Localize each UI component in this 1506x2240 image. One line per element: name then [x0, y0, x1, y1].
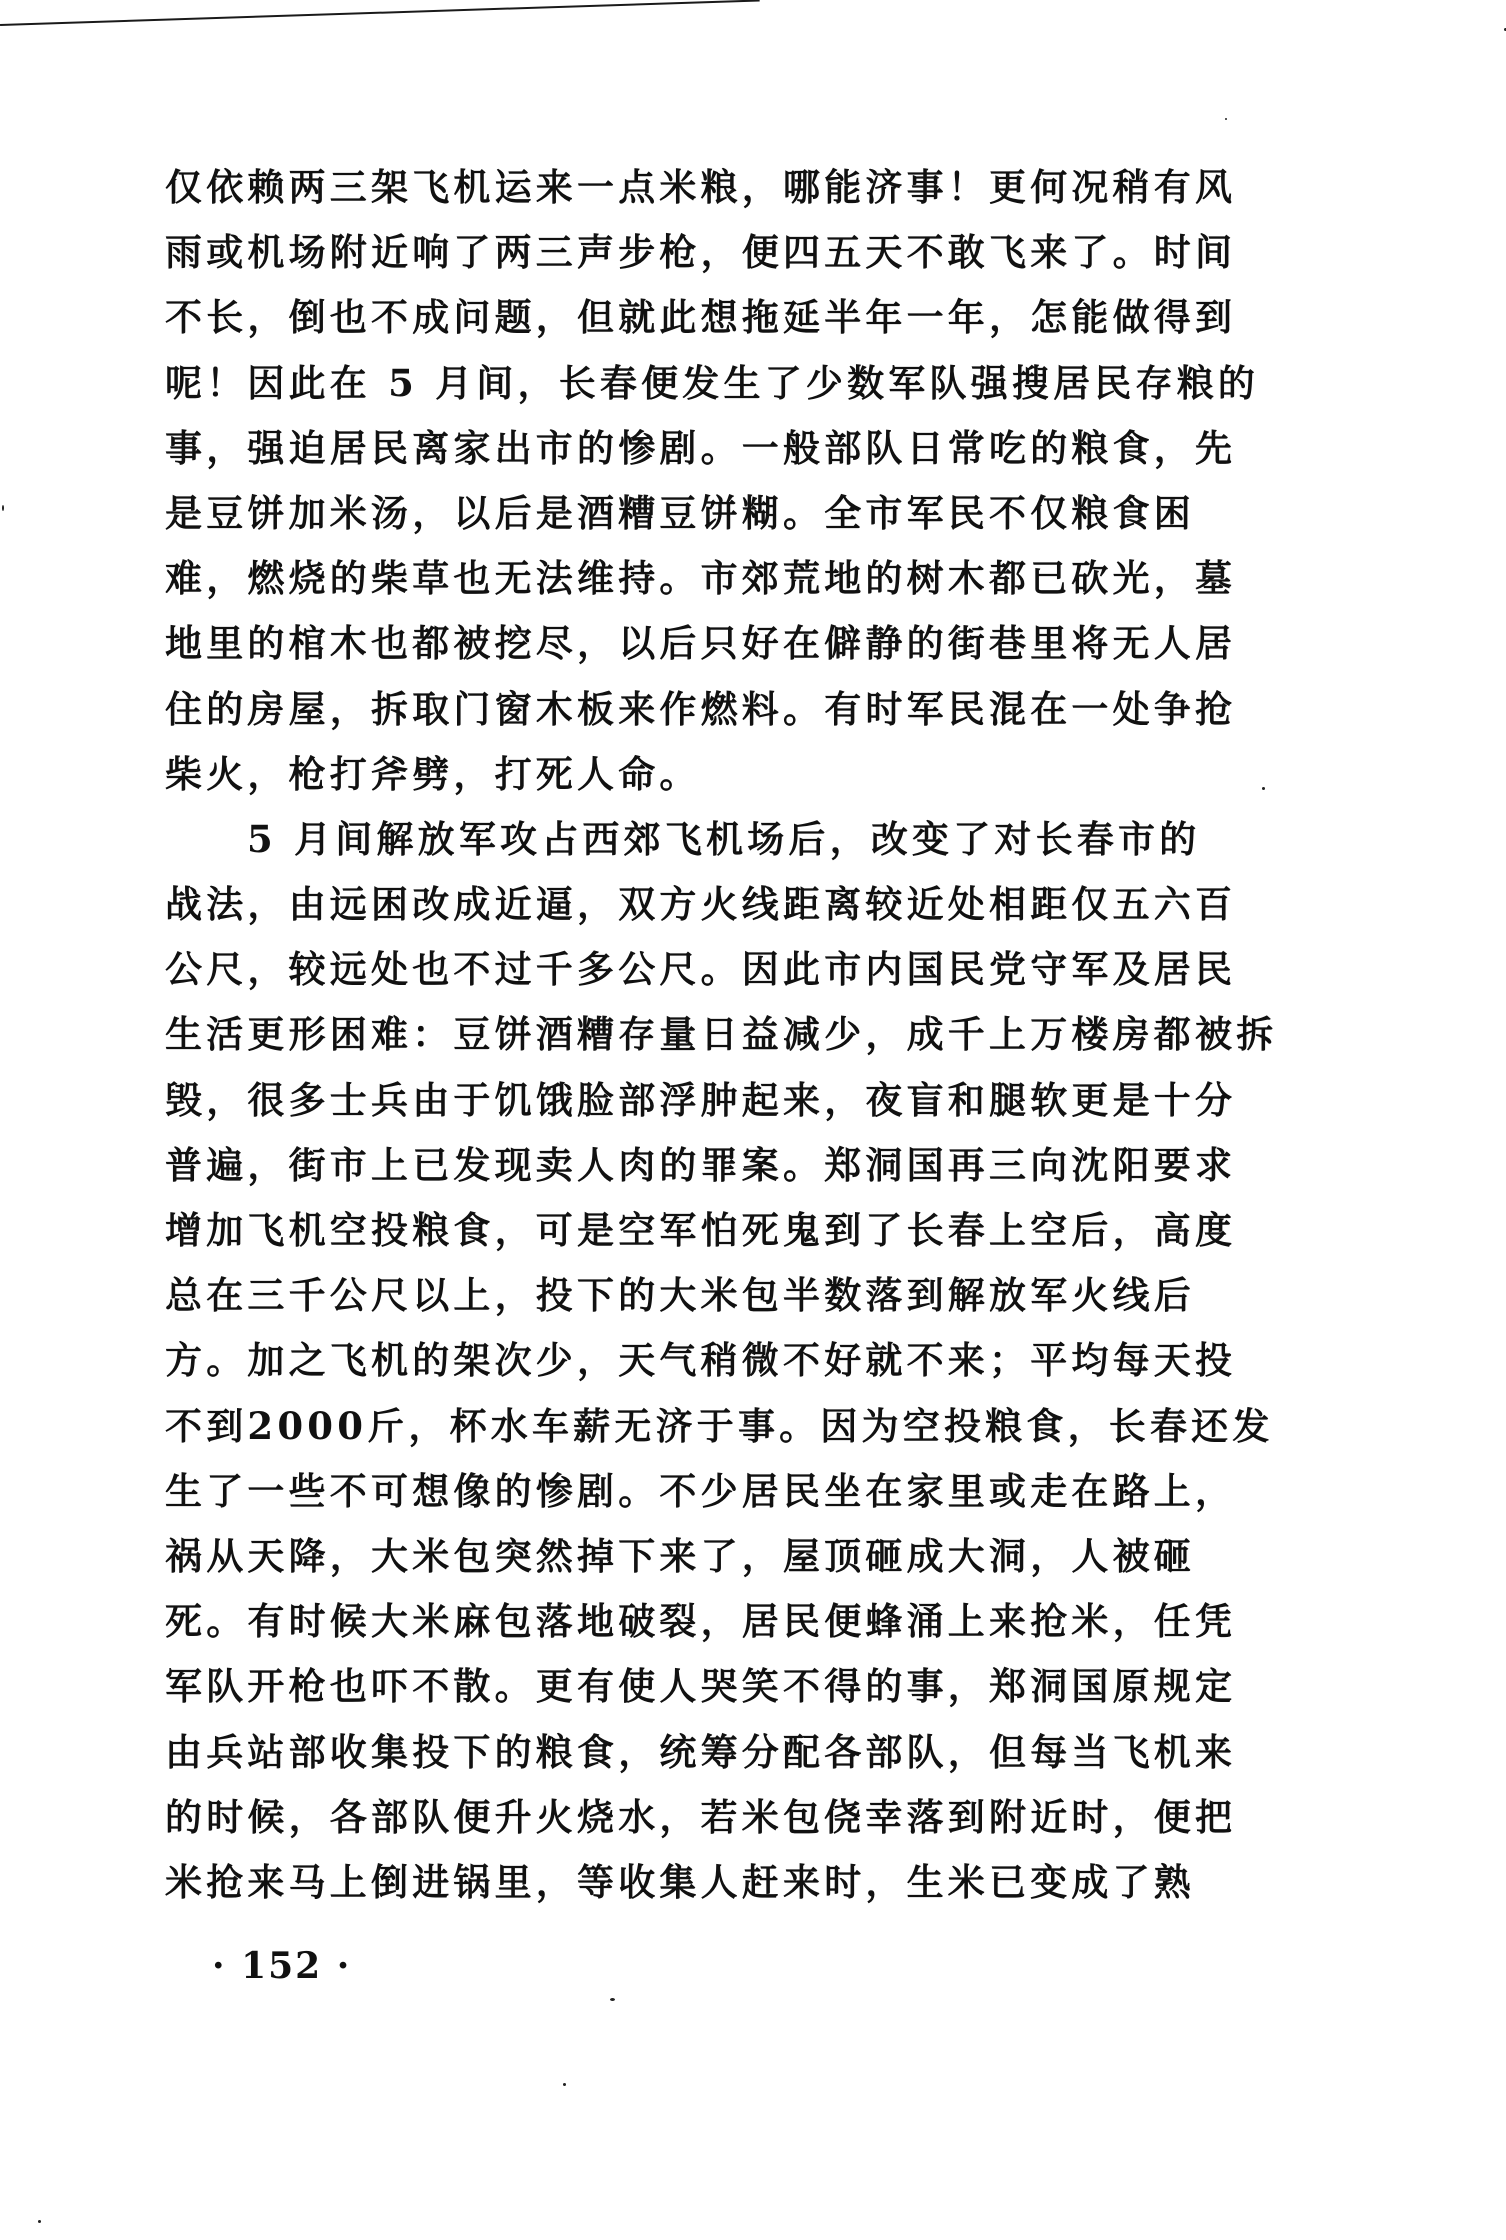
text-line: 米抢来马上倒进锅里，等收集人赶来时，生米已变成了熟	[165, 1850, 1275, 1915]
text-line: 生活更形困难：豆饼酒糟存量日益减少，成千上万楼房都被拆	[165, 1002, 1275, 1067]
scan-speck	[1225, 118, 1227, 120]
text-line: 的时候，各部队便升火烧水，若米包侥幸落到附近时，便把	[165, 1785, 1275, 1850]
text-line: 祸从天降，大米包突然掉下来了，屋顶砸成大洞，人被砸	[165, 1524, 1275, 1589]
text-line: 难，燃烧的柴草也无法维持。市郊荒地的树木都已砍光，墓	[165, 546, 1275, 611]
text-line: 雨或机场附近响了两三声步枪，便四五天不敢飞来了。时间	[165, 220, 1275, 285]
text-line: 增加飞机空投粮食，可是空军怕死鬼到了长春上空后，高度	[165, 1198, 1275, 1263]
text-line: 普遍，街市上已发现卖人肉的罪案。郑洞国再三向沈阳要求	[165, 1133, 1275, 1198]
text-line: 不长，倒也不成问题，但就此想拖延半年一年，怎能做得到	[165, 285, 1275, 350]
body-text: 仅依赖两三架飞机运来一点米粮，哪能济事！更何况稍有风 雨或机场附近响了两三声步枪…	[165, 155, 1275, 1915]
text-line: 方。加之飞机的架次少，天气稍微不好就不来；平均每天投	[165, 1328, 1275, 1393]
text-line: 总在三千公尺以上，投下的大米包半数落到解放军火线后	[165, 1263, 1275, 1328]
scan-speck	[563, 2083, 566, 2086]
text-line: 是豆饼加米汤，以后是酒糟豆饼糊。全市军民不仅粮食困	[165, 481, 1275, 546]
scan-speck	[610, 1998, 615, 2001]
scan-speck	[38, 2220, 41, 2223]
text-line: 柴火，枪打斧劈，打死人命。	[165, 742, 1275, 807]
paragraph-start-line: 5 月间解放军攻占西郊飞机场后，改变了对长春市的	[165, 807, 1275, 872]
text-line: 呢！因此在 5 月间，长春便发生了少数军队强搜居民存粮的	[165, 351, 1275, 416]
text-line: 生了一些不可想像的惨剧。不少居民坐在家里或走在路上，	[165, 1459, 1275, 1524]
text-line: 不到2000斤，杯水车薪无济于事。因为空投粮食，长春还发	[165, 1394, 1275, 1459]
text-line: 死。有时候大米麻包落地破裂，居民便蜂涌上来抢米，任凭	[165, 1589, 1275, 1654]
text-line: 公尺，较远处也不过千多公尺。因此市内国民党守军及居民	[165, 937, 1275, 1002]
text-line: 由兵站部收集投下的粮食，统筹分配各部队，但每当飞机来	[165, 1720, 1275, 1785]
text-line: 住的房屋，拆取门窗木板来作燃料。有时军民混在一处争抢	[165, 677, 1275, 742]
text-line: 地里的棺木也都被挖尽，以后只好在僻静的街巷里将无人居	[165, 611, 1275, 676]
scan-speck	[1262, 787, 1265, 790]
scan-speck	[2, 505, 4, 511]
scan-edge-line	[0, 0, 760, 26]
text-line: 战法，由远困改成近逼，双方火线距离较近处相距仅五六百	[165, 872, 1275, 937]
text-line: 仅依赖两三架飞机运来一点米粮，哪能济事！更何况稍有风	[165, 155, 1275, 220]
text-line: 军队开枪也吓不散。更有使人哭笑不得的事，郑洞国原规定	[165, 1654, 1275, 1719]
page-number: · 152 ·	[212, 1945, 351, 1987]
text-line: 毁，很多士兵由于饥饿脸部浮肿起来，夜盲和腿软更是十分	[165, 1068, 1275, 1133]
text-line: 事，强迫居民离家出市的惨剧。一般部队日常吃的粮食，先	[165, 416, 1275, 481]
